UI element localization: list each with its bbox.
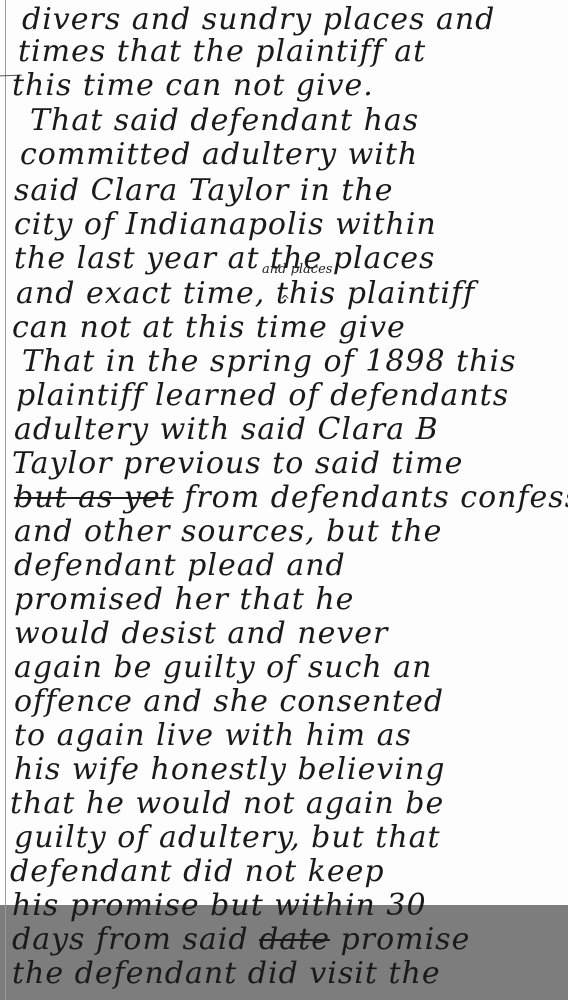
- text-line-2: times that the plaintiff at: [18, 34, 426, 69]
- text-line-5: committed adultery with: [20, 137, 418, 172]
- text-line-7: city of Indianapolis within: [14, 207, 437, 242]
- text-line-20: again be guilty of such an: [14, 650, 432, 685]
- text-line-10: can not at this time give: [12, 310, 406, 345]
- text-line-4: That said defendant has: [30, 103, 419, 138]
- text-line-1: divers and sundry places and: [22, 2, 495, 37]
- interlinear-insertion: and places: [262, 262, 332, 277]
- text-line-28: days from said date promise: [12, 922, 470, 957]
- text-line-23: his wife honestly believing: [14, 752, 445, 787]
- text-line-16: and other sources, but the: [14, 514, 442, 549]
- text-line-21: offence and she consented: [14, 684, 444, 719]
- line-text: promise: [330, 922, 470, 957]
- text-line-18: promised her that he: [14, 582, 354, 617]
- line-text-before: days from said: [12, 922, 259, 957]
- text-line-6: said Clara Taylor in the: [14, 173, 393, 208]
- text-line-11: That in the spring of 1898 this: [22, 344, 516, 379]
- text-line-29: the defendant did visit the: [12, 956, 441, 991]
- text-line-14: Taylor previous to said time: [12, 446, 463, 481]
- struck-text: date: [259, 922, 330, 957]
- text-line-17: defendant plead and: [14, 548, 346, 583]
- text-line-19: would desist and never: [14, 616, 388, 651]
- left-margin-rule: [5, 0, 6, 1000]
- line-text: from defendants confession: [174, 480, 568, 515]
- text-line-3: this time can not give.: [12, 68, 374, 103]
- text-line-24: that he would not again be: [10, 786, 444, 821]
- text-line-13: adultery with said Clara B: [14, 412, 439, 447]
- struck-text: but as yet: [14, 480, 174, 515]
- text-line-15: but as yet from defendants confession: [14, 480, 568, 515]
- text-line-25: guilty of adultery, but that: [14, 820, 441, 855]
- text-line-8: the last year at the places: [14, 241, 435, 276]
- text-line-9: and exact time, this plaintiff: [16, 276, 475, 311]
- text-line-27: his promise but within 30: [12, 888, 427, 923]
- text-line-12: plaintiff learned of defendants: [16, 378, 509, 413]
- text-line-26: defendant did not keep: [10, 854, 385, 889]
- text-line-22: to again live with him as: [14, 718, 412, 753]
- scan-viewport: divers and sundry places and times that …: [0, 0, 568, 1000]
